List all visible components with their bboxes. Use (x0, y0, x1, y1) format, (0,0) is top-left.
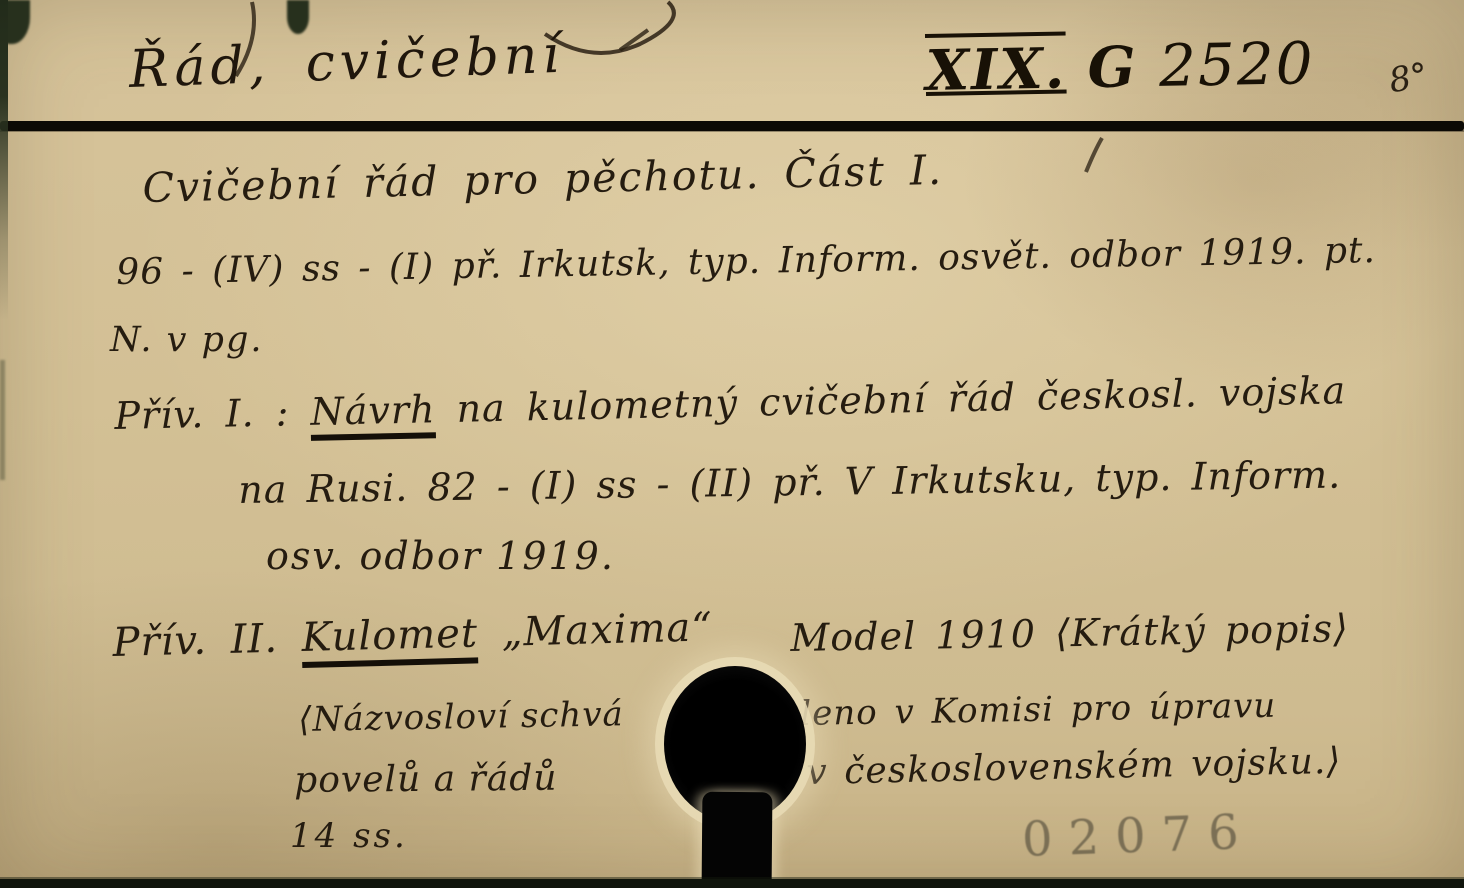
appendix2-note-left2: povelů a řádů (294, 758, 558, 801)
appendix2-note-left1: ⟨Názvosloví schvá (298, 694, 624, 740)
format-note: 8° (1386, 55, 1431, 101)
appendix2-extent: 14 ss. (290, 816, 408, 856)
scan-bottom-edge (0, 879, 1464, 888)
scan-left-edge (0, 0, 8, 320)
appendix1-title-underlined: Návrh (310, 387, 436, 441)
appendix2-label: Přív. II. (112, 616, 279, 666)
call-number-digits: 2520 (1158, 29, 1315, 100)
entry-collation-line2: N. v pg. (110, 320, 263, 360)
divider-rule (0, 121, 1464, 131)
call-number-roman: XIX. (925, 36, 1067, 104)
appendix2-title-quoted: „Maxima“ (501, 604, 713, 656)
scan-top-mark (287, 0, 309, 34)
appendix1-label: Přív. I. : (114, 390, 290, 438)
call-number-letter: G (1087, 34, 1138, 101)
appendix2-note-right1: leno v Komisi pro úpravu (800, 686, 1277, 734)
appendix2-title-underlined: Kulomet (301, 610, 479, 668)
accession-stamp: 02076 (1021, 804, 1256, 868)
appendix1-line3: osv. odbor 1919. (266, 534, 615, 578)
call-number: XIX. G 2520 (925, 29, 1315, 104)
punch-hole-slot (702, 792, 773, 888)
scan-left-edge-low (0, 360, 5, 480)
catalog-card-scan: Řád, cvičební XIX. G 2520 8° Cvičební řá… (0, 0, 1464, 888)
